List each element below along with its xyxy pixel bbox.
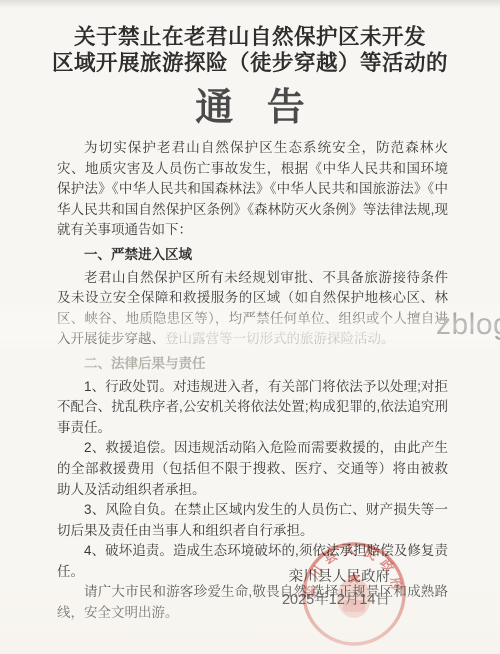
page-title-big: 通 告 xyxy=(0,88,500,128)
notice-document: 关于禁止在老君山自然保护区未开发 区域开展旅游探险（徒步穿越）等活动的 通 告 … xyxy=(0,0,500,654)
para-prohibited-area-faded-tail: 登山露营等一切形式的旅游探险活动。 xyxy=(165,331,395,346)
signature-date: 2025年12月14日 xyxy=(282,589,390,612)
para-penalty-text: 1、行政处罚。对违规进入者，有关部门将依法予以处理;对拒不配合、扰乱秩序者,公安… xyxy=(57,379,448,435)
title-line-1: 关于禁止在老君山自然保护区未开发 xyxy=(0,24,500,50)
para-intro: 为切实保护老君山自然保护区生态系统安全，防范森林火灾、地质灾害及人员伤亡事故发生… xyxy=(57,138,448,241)
section-heading-1-text: 一、严禁进入区域 xyxy=(84,247,192,262)
section-heading-2-text: 二、法律后果与责任 xyxy=(84,356,206,371)
para-rescue-cost: 2、救援追偿。因违规活动陷入危险而需要救援的，由此产生的全部救援费用（包括但不限… xyxy=(57,438,448,500)
signature-issuer: 栾川县人民政府 xyxy=(282,566,390,589)
title-line-2: 区域开展旅游探险（徒步穿越）等活动的 xyxy=(0,50,500,76)
para-prohibited-area: 老君山自然保护区所有未经规划审批、不具备旅游接待条件及未设立安全保障和救援服务的… xyxy=(57,268,448,350)
document-title-block: 关于禁止在老君山自然保护区未开发 区域开展旅游探险（徒步穿越）等活动的 通 告 xyxy=(0,24,500,128)
section-heading-2: 二、法律后果与责任 xyxy=(57,354,448,375)
watermark: zblog xyxy=(436,308,500,342)
para-own-risk-text: 3、风险自负。在禁止区域内发生的人员伤亡、财产损失等一切后果及责任由当事人和组织… xyxy=(57,502,448,538)
section-heading-1: 一、严禁进入区域 xyxy=(57,245,448,266)
signature-block: 栾川县人民政府 2025年12月14日 xyxy=(282,566,390,612)
photo-edge-shading xyxy=(0,0,500,8)
para-penalty: 1、行政处罚。对违规进入者，有关部门将依法予以处理;对拒不配合、扰乱秩序者,公安… xyxy=(57,377,448,439)
document-body: 为切实保护老君山自然保护区生态系统安全，防范森林火灾、地质灾害及人员伤亡事故发生… xyxy=(57,138,448,624)
para-rescue-cost-text: 2、救援追偿。因违规活动陷入危险而需要救援的，由此产生的全部救援费用（包括但不限… xyxy=(57,440,448,496)
para-own-risk: 3、风险自负。在禁止区域内发生的人员伤亡、财产损失等一切后果及责任由当事人和组织… xyxy=(57,500,448,541)
para-intro-text: 为切实保护老君山自然保护区生态系统安全，防范森林火灾、地质灾害及人员伤亡事故发生… xyxy=(57,140,448,237)
